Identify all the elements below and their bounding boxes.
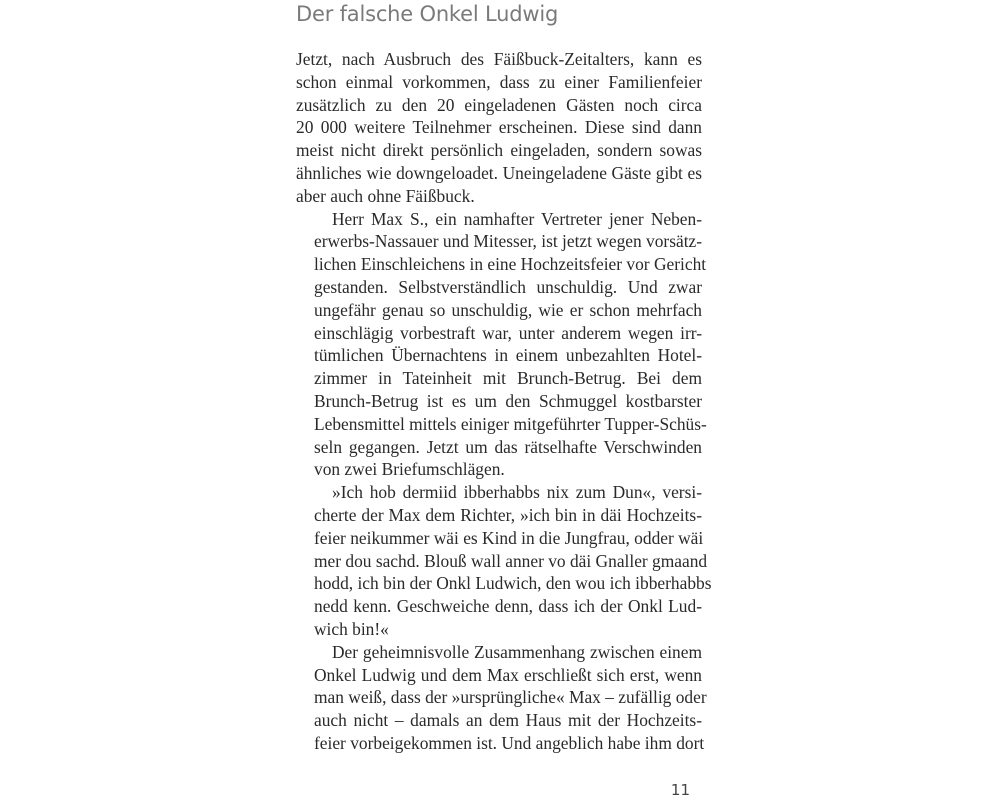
text-line: cherte der Max dem Richter, »ich bin in … bbox=[296, 504, 702, 527]
text-line: seln gegangen. Jetzt um das rätselhafte … bbox=[296, 436, 702, 459]
text-line: lichen Einschleichens in eine Hochzeitsf… bbox=[296, 253, 702, 276]
text-line: zimmer in Tateinheit mit Brunch-Betrug. … bbox=[296, 367, 702, 390]
chapter-title: Der falsche Onkel Ludwig bbox=[296, 0, 558, 28]
page-number: 11 bbox=[671, 781, 690, 799]
text-line: »Ich hob dermiid ibberhabbs nix zum Dun«… bbox=[296, 481, 702, 504]
text-line: einschlägig vorbestraft war, unter ander… bbox=[296, 322, 702, 345]
paragraph-1: Jetzt, nach Ausbruch des Fäißbuck-Zeital… bbox=[296, 48, 702, 208]
text-line: meist nicht direkt persönlich eingeladen… bbox=[296, 139, 702, 162]
text-line: ungefähr genau so unschuldig, wie er sch… bbox=[296, 299, 702, 322]
text-line: feier vorbeigekommen ist. Und angeblich … bbox=[296, 732, 702, 755]
text-line: auch nicht – damals an dem Haus mit der … bbox=[296, 709, 702, 732]
paragraph-4: Der geheimnisvolle Zusammenhang zwischen… bbox=[296, 641, 702, 755]
text-line: Brunch-Betrug ist es um den Schmuggel ko… bbox=[296, 390, 702, 413]
text-line: Lebensmittel mittels einiger mitgeführte… bbox=[296, 413, 702, 436]
text-line: man weiß, dass der »ursprüngliche« Max –… bbox=[296, 686, 702, 709]
text-line: tümlichen Übernachtens in einem unbezahl… bbox=[296, 344, 702, 367]
text-line: erwerbs-Nassauer und Mitesser, ist jetzt… bbox=[296, 230, 702, 253]
text-line: hodd, ich bin der Onkl Ludwich, den wou … bbox=[296, 572, 702, 595]
text-line: Onkel Ludwig und dem Max erschließt sich… bbox=[296, 664, 702, 687]
text-line: aber auch ohne Fäißbuck. bbox=[296, 185, 702, 208]
text-line: 20 000 weitere Teilnehmer erscheinen. Di… bbox=[296, 116, 702, 139]
paragraph-2: Herr Max S., ein namhafter Vertreter jen… bbox=[296, 208, 702, 482]
book-page: Der falsche Onkel Ludwig Jetzt, nach Aus… bbox=[296, 0, 702, 800]
text-line: wich bin!« bbox=[296, 618, 702, 641]
text-line: mer dou sachd. Blouß wall anner vo däi G… bbox=[296, 550, 702, 573]
body-text: Jetzt, nach Ausbruch des Fäißbuck-Zeital… bbox=[296, 48, 702, 755]
paragraph-3: »Ich hob dermiid ibberhabbs nix zum Dun«… bbox=[296, 481, 702, 641]
text-line: nedd kenn. Geschweiche denn, dass ich de… bbox=[296, 595, 702, 618]
text-line: ähnliches wie downgeloadet. Uneingeladen… bbox=[296, 162, 702, 185]
text-line: Herr Max S., ein namhafter Vertreter jen… bbox=[296, 208, 702, 231]
text-line: Der geheimnisvolle Zusammenhang zwischen… bbox=[296, 641, 702, 664]
text-line: Jetzt, nach Ausbruch des Fäißbuck-Zeital… bbox=[296, 48, 702, 71]
text-line: von zwei Briefumschlägen. bbox=[296, 458, 702, 481]
text-line: feier neikummer wäi es Kind in die Jungf… bbox=[296, 527, 702, 550]
text-line: schon einmal vorkommen, dass zu einer Fa… bbox=[296, 71, 702, 94]
text-line: gestanden. Selbstverständlich unschuldig… bbox=[296, 276, 702, 299]
text-line: zusätzlich zu den 20 eingeladenen Gästen… bbox=[296, 94, 702, 117]
